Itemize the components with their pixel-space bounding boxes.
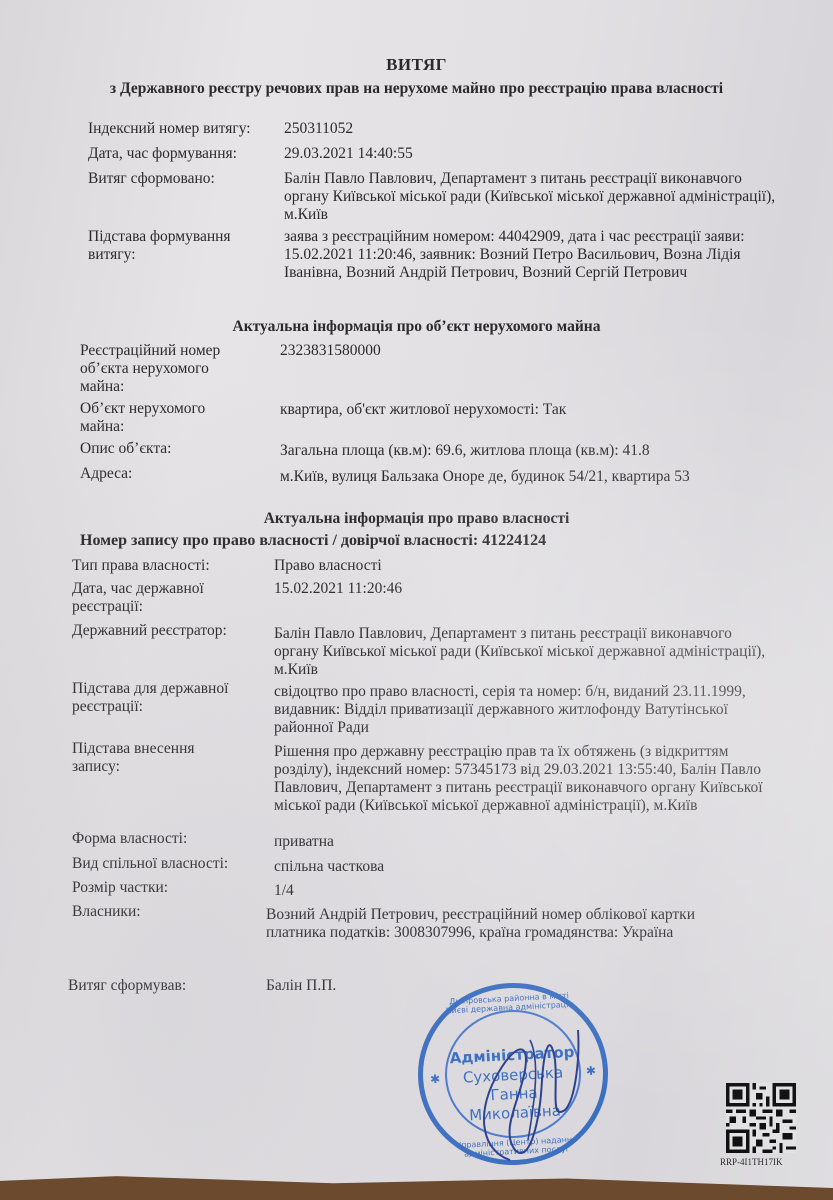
signature-icon bbox=[470, 1000, 590, 1170]
field-label: Індексний номер витягу: bbox=[88, 120, 278, 138]
field-label: Розмір частки: bbox=[72, 879, 272, 897]
footer-label: Витяг сформував: bbox=[68, 977, 268, 995]
field-value: Загальна площа (кв.м): 69.6, житлова пло… bbox=[280, 442, 800, 460]
field-value: Балін Павло Павлович, Департамент з пита… bbox=[284, 170, 784, 224]
field-label: Витяг сформовано: bbox=[88, 170, 278, 188]
field-label: Дата, час державної реєстрації: bbox=[72, 580, 237, 616]
field-value: Балін Павло Павлович, Департамент з пита… bbox=[274, 625, 774, 679]
field-value: м.Київ, вулиця Бальзака Оноре де, будино… bbox=[280, 468, 800, 486]
ownership-section-heading: Актуальна інформація про право власності bbox=[0, 510, 833, 528]
ownership-record-number: Номер запису про право власності / довір… bbox=[80, 532, 546, 550]
field-value: спільна часткова bbox=[274, 858, 794, 876]
field-label: Тип права власності: bbox=[72, 557, 272, 575]
field-value: свідоцтво про право власності, серія та … bbox=[274, 683, 764, 737]
field-label: Форма власності: bbox=[72, 830, 272, 848]
field-value: 2323831580000 bbox=[280, 342, 800, 360]
field-value: заява з реєстраційним номером: 44042909,… bbox=[284, 228, 789, 282]
field-value: Рішення про державну реєстрацію прав та … bbox=[274, 743, 769, 815]
document-title: ВИТЯГ bbox=[0, 55, 833, 75]
field-value: 29.03.2021 14:40:55 bbox=[284, 145, 804, 163]
field-label: Об’єкт нерухомого майна: bbox=[80, 400, 240, 436]
field-label: Власники: bbox=[72, 903, 272, 921]
document-page: ВИТЯГ з Державного реєстру речових прав … bbox=[0, 0, 833, 1188]
field-label: Дата, час формування: bbox=[88, 145, 278, 163]
field-value: 15.02.2021 11:20:46 bbox=[274, 580, 794, 598]
field-value: Возний Андрій Петрович, реєстраційний но… bbox=[266, 906, 756, 942]
qr-code-label: RRP-4I1TH17IK bbox=[720, 1157, 783, 1167]
field-label: Підстава формування витягу: bbox=[88, 228, 258, 264]
field-label: Адреса: bbox=[80, 465, 280, 483]
field-label: Вид спільної власності: bbox=[72, 855, 272, 873]
field-label: Опис об’єкта: bbox=[80, 440, 280, 458]
object-section-heading: Актуальна інформація про об’єкт нерухомо… bbox=[0, 318, 833, 336]
qr-code bbox=[726, 1083, 796, 1153]
field-value: квартира, об'єкт житлової нерухомості: Т… bbox=[280, 401, 800, 419]
field-label: Підстава для державної реєстрації: bbox=[72, 680, 252, 716]
field-value: 1/4 bbox=[274, 882, 794, 900]
field-value: приватна bbox=[274, 833, 794, 851]
field-label: Реєстраційний номер об’єкта нерухомого м… bbox=[80, 342, 245, 396]
field-label: Державний реєстратор: bbox=[72, 622, 272, 640]
field-value: Право власності bbox=[274, 557, 794, 575]
document-subtitle: з Державного реєстру речових прав на нер… bbox=[0, 80, 833, 98]
field-label: Підстава внесення запису: bbox=[72, 740, 222, 776]
field-value: 250311052 bbox=[284, 120, 804, 138]
